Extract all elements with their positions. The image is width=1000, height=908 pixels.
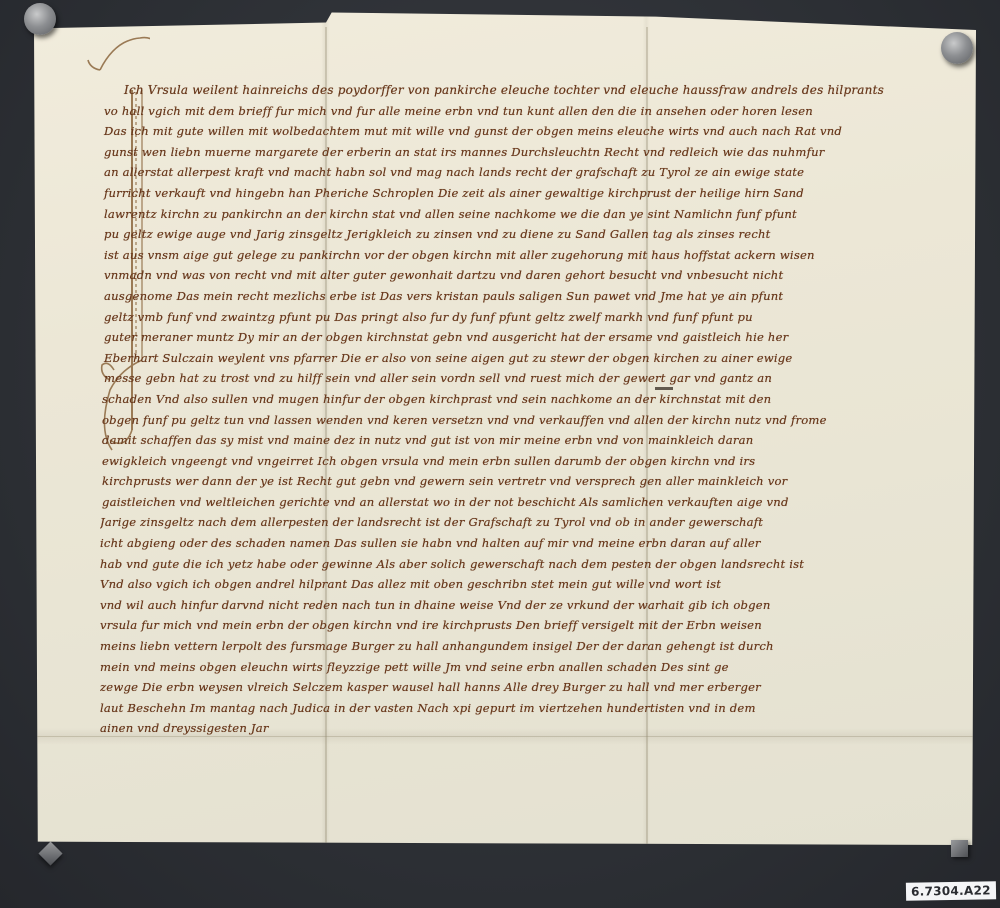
text-line: zewge Die erbn weysen vlreich Selczem ka… [100, 677, 960, 698]
text-line: Vnd also vgich ich obgen andrel hilprant… [100, 574, 960, 595]
text-line: icht abgieng oder des schaden namen Das … [100, 533, 960, 554]
text-line: Jarige zinsgeltz nach dem allerpesten de… [100, 512, 960, 533]
text-line: gunst wen liebn muerne margarete der erb… [100, 142, 960, 163]
text-line: ainen vnd dreyssigesten Jar [100, 718, 960, 739]
text-line: vnd wil auch hinfur darvnd nicht reden n… [100, 595, 960, 616]
text-line: guter meraner muntz Dy mir an der obgen … [100, 327, 960, 348]
object-catalog-label: 6.7304.A22 [906, 881, 996, 901]
charter-text-block: Ich Vrsula weilent hainreichs des poydor… [100, 80, 960, 739]
text-line: vrsula fur mich vnd mein erbn der obgen … [100, 615, 960, 636]
text-line: kirchprusts wer dann der ye ist Recht gu… [100, 471, 960, 492]
magnet-top-right [941, 32, 973, 64]
text-line: hab vnd gute die ich yetz habe oder gewi… [100, 554, 960, 575]
magnet-bottom-right [951, 840, 968, 857]
ink-smudge [655, 387, 673, 390]
text-line: ewigkleich vngeengt vnd vngeirret Ich ob… [100, 451, 960, 472]
text-line: furricht verkauft vnd hingebn han Pheric… [100, 183, 960, 204]
text-line: lawrentz kirchn zu pankirchn an der kirc… [100, 204, 960, 225]
text-line: meins liebn vettern lerpolt des fursmage… [100, 636, 960, 657]
text-line: geltz vmb funf vnd zwaintzg pfunt pu Das… [100, 307, 960, 328]
text-line: messe gebn hat zu trost vnd zu hilff sei… [100, 368, 960, 389]
magnet-top-left [24, 3, 56, 35]
text-line: an allerstat allerpest kraft vnd macht h… [100, 162, 960, 183]
text-line: schaden Vnd also sullen vnd mugen hinfur… [100, 389, 960, 410]
text-line: ist aus vnsm aige gut gelege zu pankirch… [100, 245, 960, 266]
text-line: obgen funf pu geltz tun vnd lassen wende… [100, 410, 960, 431]
text-line: gaistleichen vnd weltleichen gerichte vn… [100, 492, 960, 513]
text-line: Eberhart Sulczain weylent vns pfarrer Di… [100, 348, 960, 369]
text-line: Ich Vrsula weilent hainreichs des poydor… [100, 80, 960, 101]
text-line: ausgenome Das mein recht mezlichs erbe i… [100, 286, 960, 307]
text-line: mein vnd meins obgen eleuchn wirts fleyz… [100, 657, 960, 678]
text-line: vo hall vgich mit dem brieff fur mich vn… [100, 101, 960, 122]
text-line: pu geltz ewige auge vnd Jarig zinsgeltz … [100, 224, 960, 245]
text-line: damit schaffen das sy mist vnd maine dez… [100, 430, 960, 451]
text-line: vnmadn vnd was von recht vnd mit alter g… [100, 265, 960, 286]
text-line: laut Beschehn Im mantag nach Judica in d… [100, 698, 960, 719]
text-line: Das ich mit gute willen mit wolbedachtem… [100, 121, 960, 142]
